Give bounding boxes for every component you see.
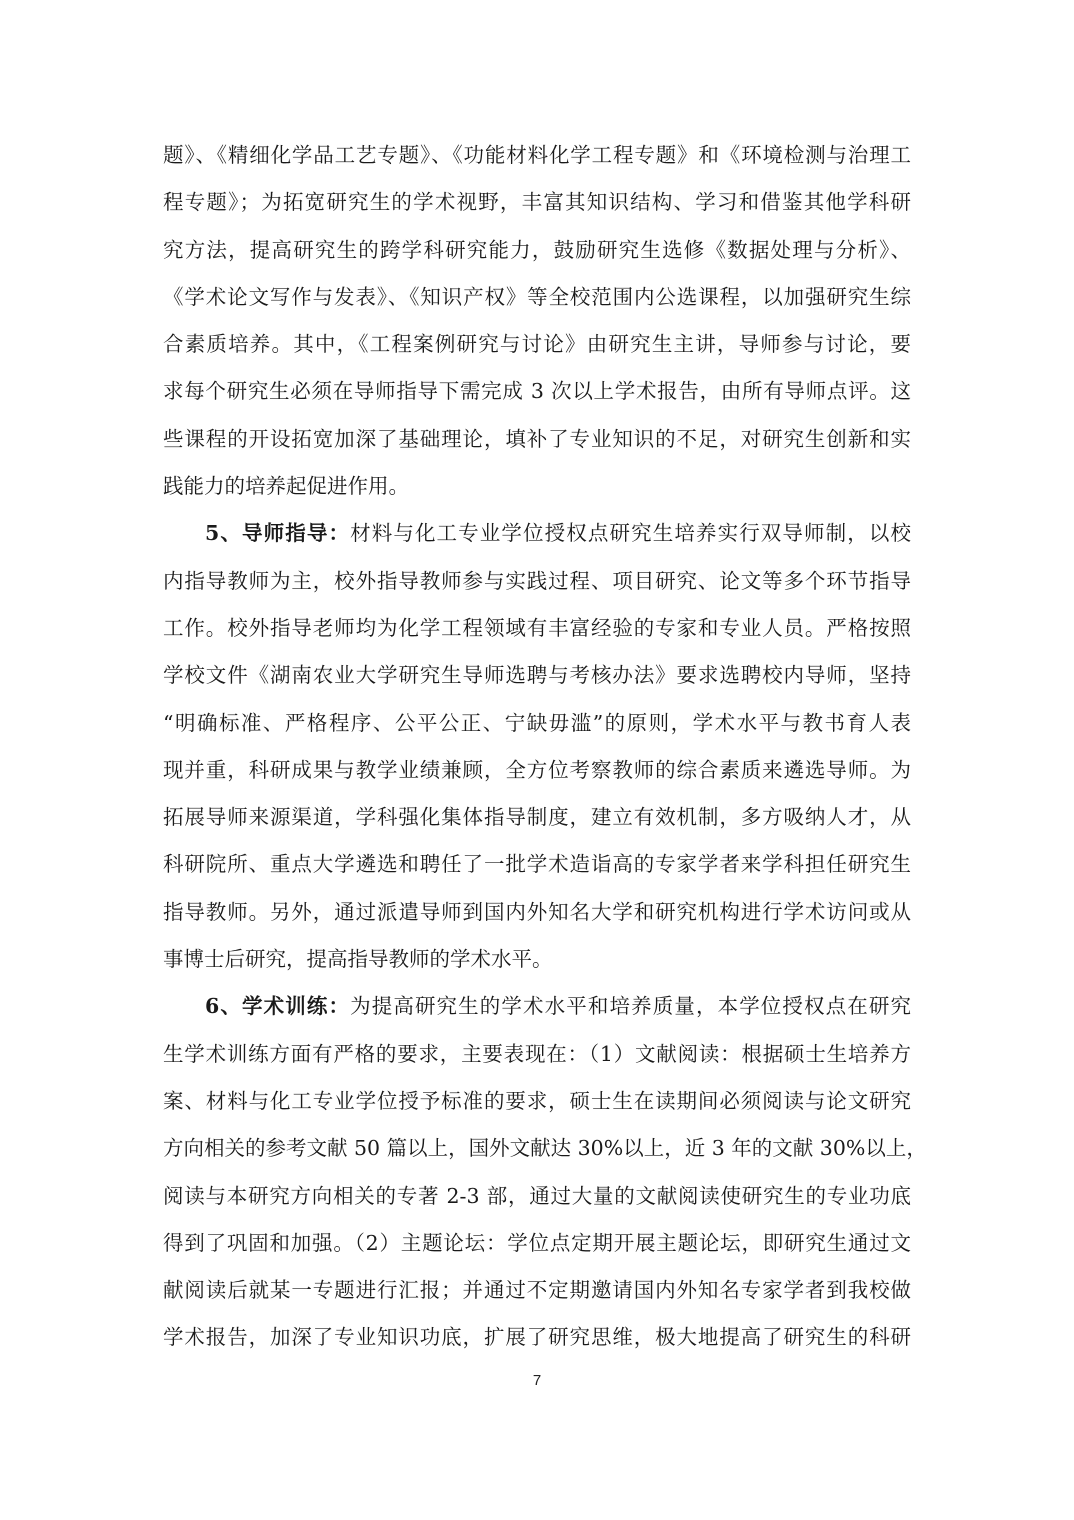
section-heading-advisor: 5、导师指导： bbox=[205, 521, 350, 545]
paragraph-academic-training: 6、学术训练：为提高研究生的学术水平和培养质量，本学位授权点在研究 生学术训练方… bbox=[163, 986, 911, 1364]
text-line: 学术报告，加深了专业知识功底，扩展了研究思维，极大地提高了研究生的科研 bbox=[163, 1317, 911, 1364]
text-line: 工作。校外指导老师均为化学工程领域有丰富经验的专家和专业人员。严格按照 bbox=[163, 608, 911, 655]
text-line: 案、材料与化工专业学位授予标准的要求，硕士生在读期间必须阅读与论文研究 bbox=[163, 1081, 911, 1128]
paragraph-courses: 题》、《精细化学品工艺专题》、《功能材料化学工程专题》和《环境检测与治理工 程专… bbox=[163, 135, 911, 513]
text-line: 6、学术训练：为提高研究生的学术水平和培养质量，本学位授权点在研究 bbox=[163, 986, 911, 1033]
section-heading-training: 6、学术训练： bbox=[205, 994, 350, 1018]
text-line: 阅读与本研究方向相关的专著 2-3 部，通过大量的文献阅读使研究生的专业功底 bbox=[163, 1176, 911, 1223]
text-line: 程专题》；为拓宽研究生的学术视野，丰富其知识结构、学习和借鉴其他学科研 bbox=[163, 182, 911, 229]
text-line: 科研院所、重点大学遴选和聘任了一批学术造诣高的专家学者来学科担任研究生 bbox=[163, 844, 911, 891]
text-line: 求每个研究生必须在导师指导下需完成 3 次以上学术报告，由所有导师点评。这 bbox=[163, 371, 911, 418]
text-span: 材料与化工专业学位授权点研究生培养实行双导师制，以校 bbox=[350, 521, 911, 545]
text-line: 拓展导师来源渠道，学科强化集体指导制度，建立有效机制，多方吸纳人才，从 bbox=[163, 797, 911, 844]
text-line: 内指导教师为主，校外指导教师参与实践过程、项目研究、论文等多个环节指导 bbox=[163, 561, 911, 608]
text-line: 题》、《精细化学品工艺专题》、《功能材料化学工程专题》和《环境检测与治理工 bbox=[163, 135, 911, 182]
text-line: 指导教师。另外，通过派遣导师到国内外知名大学和研究机构进行学术访问或从 bbox=[163, 892, 911, 939]
page-number: 7 bbox=[0, 1372, 1074, 1389]
text-line: 合素质培养。其中，《工程案例研究与讨论》由研究生主讲，导师参与讨论，要 bbox=[163, 324, 911, 371]
text-line: 践能力的培养起促进作用。 bbox=[163, 466, 911, 513]
document-page: 题》、《精细化学品工艺专题》、《功能材料化学工程专题》和《环境检测与治理工 程专… bbox=[163, 135, 911, 1365]
text-line: 现并重，科研成果与教学业绩兼顾，全方位考察教师的综合素质来遴选导师。为 bbox=[163, 750, 911, 797]
text-line: 事博士后研究，提高指导教师的学术水平。 bbox=[163, 939, 911, 986]
text-line: 5、导师指导：材料与化工专业学位授权点研究生培养实行双导师制，以校 bbox=[163, 513, 911, 560]
text-span: 为提高研究生的学术水平和培养质量，本学位授权点在研究 bbox=[350, 994, 911, 1018]
text-line: 方向相关的参考文献 50 篇以上，国外文献达 30%以上，近 3 年的文献 30… bbox=[163, 1128, 911, 1175]
text-line: 些课程的开设拓宽加深了基础理论，填补了专业知识的不足，对研究生创新和实 bbox=[163, 419, 911, 466]
text-line: “明确标准、严格程序、公平公正、宁缺毋滥”的原则，学术水平与教书育人表 bbox=[163, 703, 911, 750]
text-line: 献阅读后就某一专题进行汇报；并通过不定期邀请国内外知名专家学者到我校做 bbox=[163, 1270, 911, 1317]
paragraph-advisor-guidance: 5、导师指导：材料与化工专业学位授权点研究生培养实行双导师制，以校 内指导教师为… bbox=[163, 513, 911, 986]
text-line: 《学术论文写作与发表》、《知识产权》等全校范围内公选课程，以加强研究生综 bbox=[163, 277, 911, 324]
text-line: 生学术训练方面有严格的要求，主要表现在：（1）文献阅读：根据硕士生培养方 bbox=[163, 1034, 911, 1081]
text-line: 得到了巩固和加强。（2）主题论坛：学位点定期开展主题论坛，即研究生通过文 bbox=[163, 1223, 911, 1270]
text-line: 究方法，提高研究生的跨学科研究能力，鼓励研究生选修《数据处理与分析》、 bbox=[163, 230, 911, 277]
text-line: 学校文件《湖南农业大学研究生导师选聘与考核办法》要求选聘校内导师，坚持 bbox=[163, 655, 911, 702]
